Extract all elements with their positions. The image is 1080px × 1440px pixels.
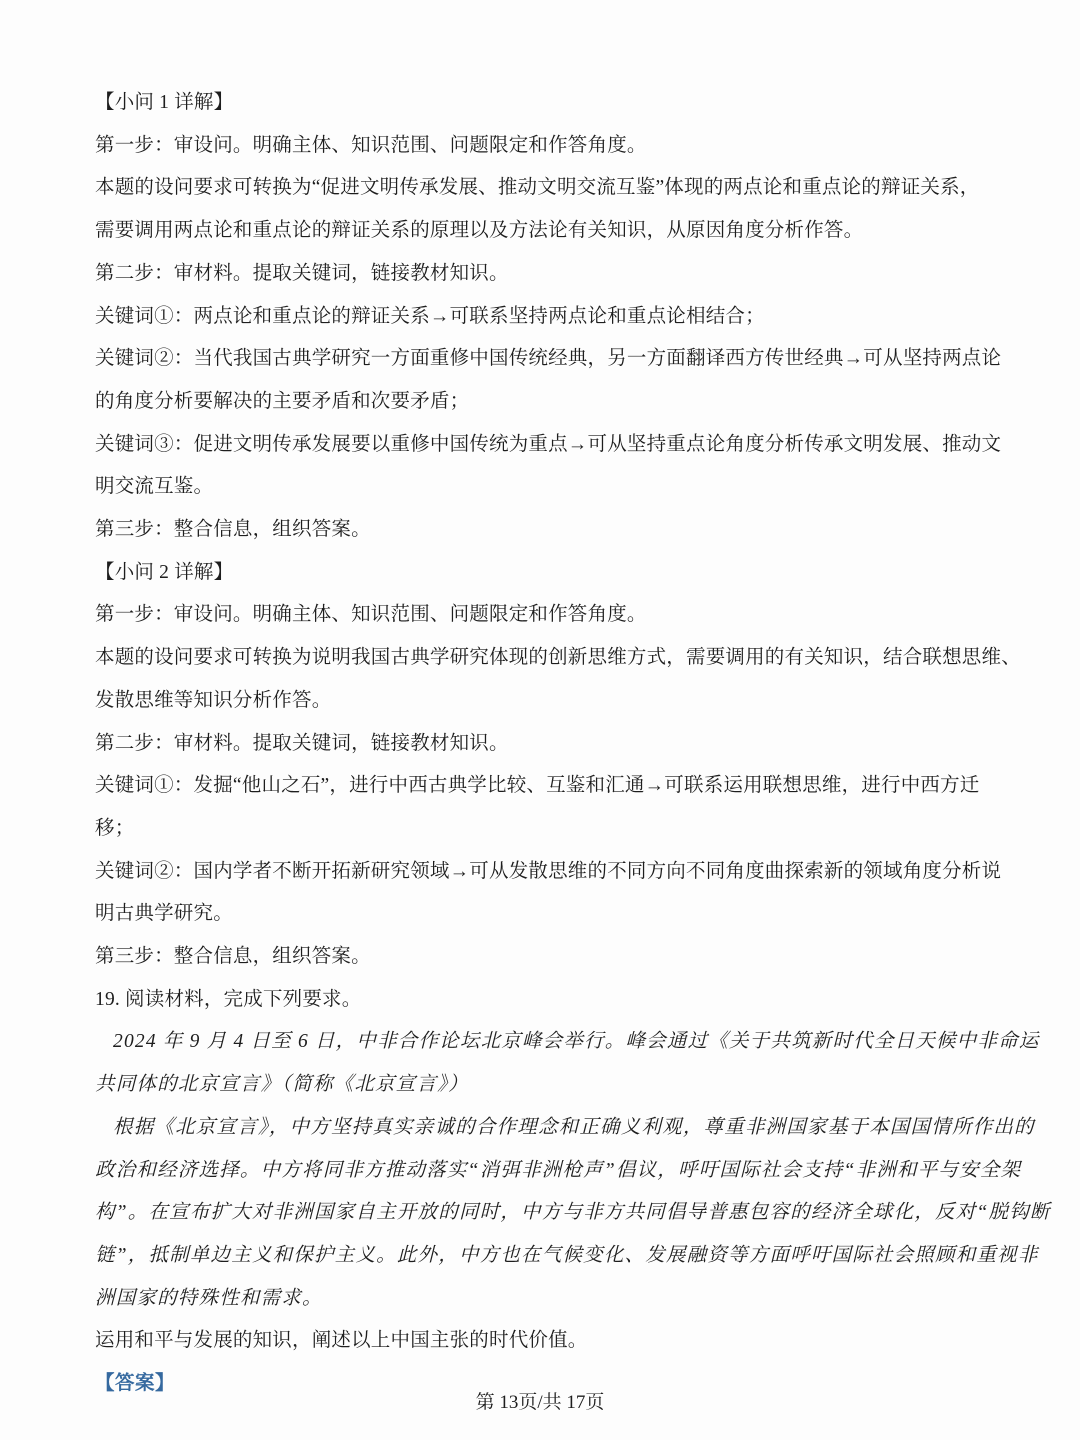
question-task-line: 运用和平与发展的知识，阐述以上中国主张的时代价值。: [95, 1320, 988, 1363]
keyword-line-2: 关键词②：当代我国古典学研究一方面重修中国传统经典，另一方面翻译西方传世经典→可…: [95, 338, 988, 381]
material-line: 链”，抵制单边主义和保护主义。此外，中方也在气候变化、发展融资等方面呼吁国际社会…: [95, 1235, 988, 1278]
keyword-line-2-cont: 明古典学研究。: [95, 893, 988, 936]
page-footer: 第 13页/共 17页: [0, 1388, 1080, 1418]
keyword-line-1-cont: 移；: [95, 808, 988, 851]
material-line: 根据《北京宣言》，中方坚持真实亲诚的合作理念和正确义利观，尊重非洲国家基于本国国…: [95, 1107, 988, 1150]
section-heading-subq1: 【小问 1 详解】: [95, 82, 988, 125]
step2-line: 第二步：审材料。提取关键词，链接教材知识。: [95, 253, 988, 296]
keyword-line-3-cont: 明交流互鉴。: [95, 466, 988, 509]
keyword-line-3: 关键词③：促进文明传承发展要以重修中国传统为重点→可从坚持重点论角度分析传承文明…: [95, 424, 988, 467]
analysis-line: 本题的设问要求可转换为“促进文明传承发展、推动文明交流互鉴”体现的两点论和重点论…: [95, 167, 988, 210]
section-heading-subq2: 【小问 2 详解】: [95, 552, 988, 595]
keyword-line-1: 关键词①：发掘“他山之石”，进行中西古典学比较、互鉴和汇通→可联系运用联想思维，…: [95, 765, 988, 808]
analysis-line-cont: 发散思维等知识分析作答。: [95, 680, 988, 723]
material-line: 政治和经济选择。中方将同非方推动落实“消弭非洲枪声”倡议，呼吁国际社会支持“非洲…: [95, 1150, 988, 1193]
keyword-line-2: 关键词②：国内学者不断开拓新研究领域→可从发散思维的不同方向不同角度曲探索新的领…: [95, 851, 988, 894]
material-line: 共同体的北京宣言》（简称《北京宣言》）: [95, 1064, 988, 1107]
step1-line: 第一步：审设问。明确主体、知识范围、问题限定和作答角度。: [95, 594, 988, 637]
step3-line: 第三步：整合信息，组织答案。: [95, 509, 988, 552]
material-line: 洲国家的特殊性和需求。: [95, 1278, 988, 1321]
question-19-stem: 19. 阅读材料，完成下列要求。: [95, 979, 988, 1022]
document-page: 【小问 1 详解】 第一步：审设问。明确主体、知识范围、问题限定和作答角度。 本…: [0, 0, 1080, 1440]
material-line: 构”。在宣布扩大对非洲国家自主开放的同时，中方与非方共同倡导普惠包容的经济全球化…: [95, 1192, 988, 1235]
analysis-line: 本题的设问要求可转换为说明我国古典学研究体现的创新思维方式，需要调用的有关知识，…: [95, 637, 988, 680]
step3-line: 第三步：整合信息，组织答案。: [95, 936, 988, 979]
keyword-line-2-cont: 的角度分析要解决的主要矛盾和次要矛盾；: [95, 381, 988, 424]
step2-line: 第二步：审材料。提取关键词，链接教材知识。: [95, 723, 988, 766]
analysis-line: 需要调用两点论和重点论的辩证关系的原理以及方法论有关知识，从原因角度分析作答。: [95, 210, 988, 253]
document-content: 【小问 1 详解】 第一步：审设问。明确主体、知识范围、问题限定和作答角度。 本…: [95, 82, 988, 1406]
step1-line: 第一步：审设问。明确主体、知识范围、问题限定和作答角度。: [95, 125, 988, 168]
material-line: 2024 年 9 月 4 日至 6 日，中非合作论坛北京峰会举行。峰会通过《关于…: [95, 1021, 988, 1064]
keyword-line-1: 关键词①：两点论和重点论的辩证关系→可联系坚持两点论和重点论相结合；: [95, 296, 988, 339]
